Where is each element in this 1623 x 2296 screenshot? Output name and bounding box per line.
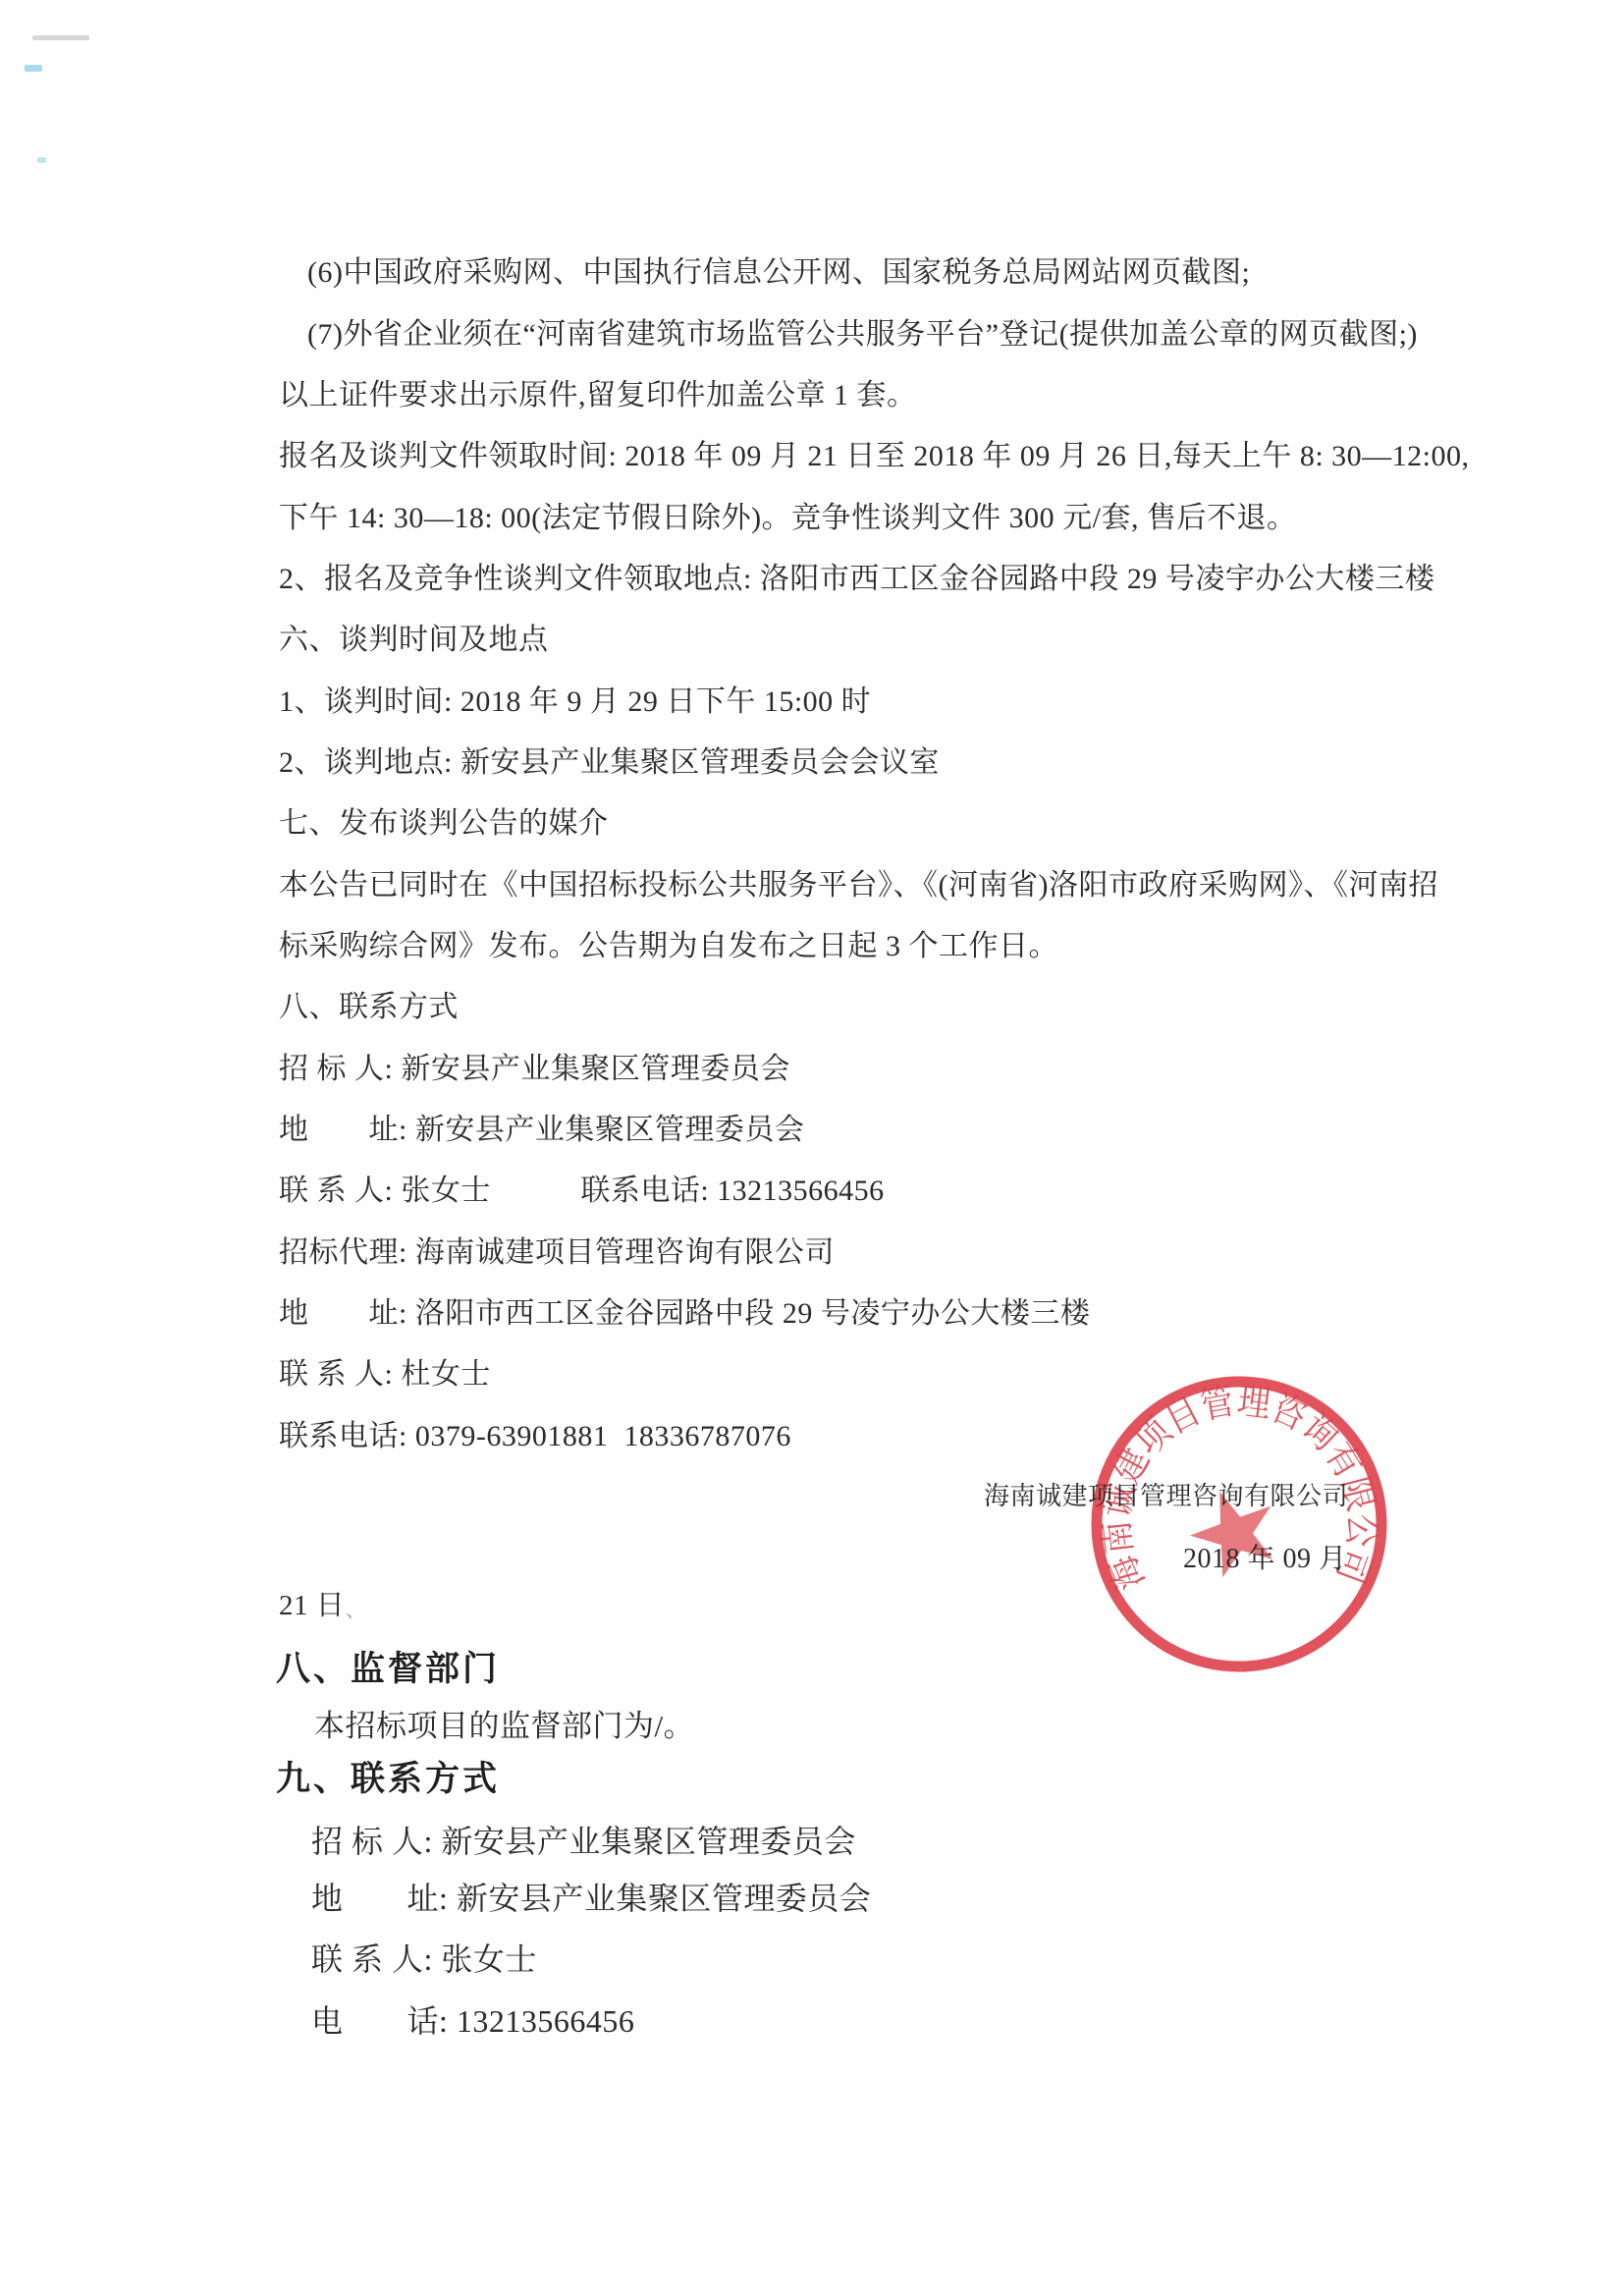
line-media2: 标采购综合网》发布。公告期为自发布之日起 3 个工作日。 [279, 931, 1058, 962]
line-item7: (7)外省企业须在“河南省建筑市场监管公共服务平台”登记(提供加盖公章的网页截图… [307, 319, 1418, 351]
line-originals: 以上证件要求出示原件,留复印件加盖公章 1 套。 [279, 380, 917, 411]
line-sign-company: 海南诚建项目管理咨询有限公司 [984, 1483, 1348, 1509]
line-tenderer-addr: 地 址: 新安县产业集聚区管理委员会 [279, 1115, 804, 1146]
scan-speck [32, 35, 89, 40]
scan-speck [25, 65, 42, 72]
line-b-addr: 地 址: 新安县产业集聚区管理委员会 [311, 1883, 871, 1916]
line-b-tenderer: 招 标 人: 新安县产业集聚区管理委员会 [311, 1826, 856, 1859]
line-sec8-contact: 八、联系方式 [279, 992, 459, 1023]
scan-speck [37, 157, 46, 163]
line-agent-addr: 地 址: 洛阳市西工区金谷园路中段 29 号凌宁办公大楼三楼 [279, 1298, 1090, 1330]
document-page: 海南诚建项目管理咨询有限公司 (6)中国政府采购网、中国执行信息公开网、国家税务… [0, 0, 1623, 2296]
line-tenderer: 招 标 人: 新安县产业集聚区管理委员会 [279, 1054, 790, 1085]
line-sec6-title: 六、谈判时间及地点 [279, 625, 549, 656]
line-sec9-contact: 九、联系方式 [276, 1762, 500, 1798]
line-doc-place: 2、报名及竞争性谈判文件领取地点: 洛阳市西工区金谷园路中段 29 号凌宇办公大… [279, 564, 1434, 595]
line-doc-time2: 下午 14: 30—18: 00(法定节假日除外)。竞争性谈判文件 300 元/… [279, 503, 1297, 534]
company-stamp: 海南诚建项目管理咨询有限公司 [1072, 1357, 1406, 1691]
line-contact-zhang: 联 系 人: 张女士 联系电话: 13213566456 [279, 1175, 885, 1207]
line-sec8-supervision: 八、监督部门 [276, 1652, 500, 1688]
line-contact-du: 联 系 人: 杜女士 [279, 1359, 491, 1391]
line-talk-time: 1、谈判时间: 2018 年 9 月 29 日下午 15:00 时 [279, 686, 871, 718]
line-sec7-title: 七、发布谈判公告的媒介 [279, 808, 609, 840]
line-agent-phone: 联系电话: 0379-63901881 18336787076 [279, 1421, 791, 1452]
line-b-contact: 联 系 人: 张女士 [311, 1943, 537, 1977]
line-media1: 本公告已同时在《中国招标投标公共服务平台》、《(河南省)洛阳市政府采购网》、《河… [279, 870, 1438, 902]
line-item6: (6)中国政府采购网、中国执行信息公开网、国家税务总局网站网页截图; [307, 257, 1250, 289]
line-sign-day-mark: 、 [346, 1601, 366, 1621]
line-talk-place: 2、谈判地点: 新安县产业集聚区管理委员会会议室 [279, 747, 940, 779]
line-sign-day: 21 日 [279, 1591, 345, 1620]
line-supervision-body: 本招标项目的监督部门为/。 [314, 1711, 694, 1743]
line-agent: 招标代理: 海南诚建项目管理咨询有限公司 [279, 1237, 835, 1269]
line-sign-date: 2018 年 09 月 [1183, 1545, 1347, 1573]
line-doc-time: 报名及谈判文件领取时间: 2018 年 09 月 21 日至 2018 年 09… [279, 441, 1470, 472]
line-b-phone: 电 话: 13213566456 [311, 2005, 634, 2039]
